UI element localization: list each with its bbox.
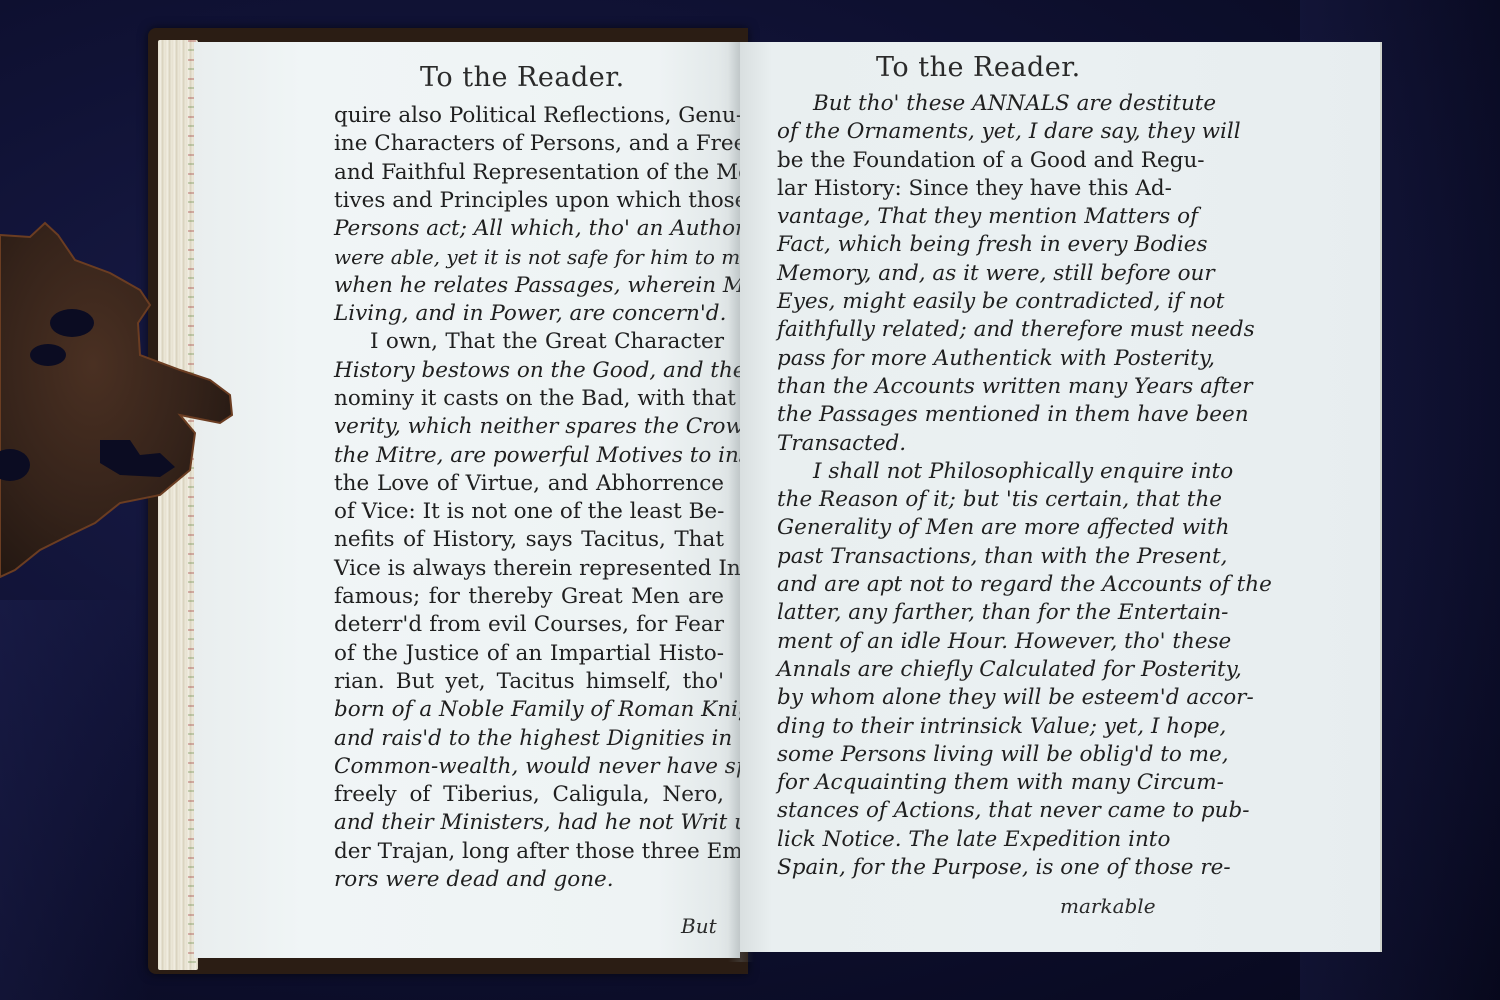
text-line: stances of Actions, that never came to p… [777, 797, 1152, 825]
text-line: nefits of History, says Tacitus, That [334, 526, 724, 554]
catchword: markable [1060, 894, 1156, 918]
text-line: Spain, for the Purpose, is one of those … [777, 854, 1152, 882]
page-heading: To the Reader. [420, 62, 625, 93]
catchword: But [681, 914, 717, 938]
left-page-text: quire also Political Reflections, Genu- … [334, 102, 724, 894]
text-line: nominy it casts on the Bad, with that Se… [334, 385, 724, 413]
open-book: To the Reader. quire also Political Refl… [148, 28, 1406, 974]
text-line: Memory, and, as it were, still before ou… [777, 260, 1152, 288]
text-line: Vice is always therein represented In- [334, 555, 724, 583]
copper-clasp [0, 205, 240, 585]
text-line: pass for more Authentick with Posterity, [777, 345, 1152, 373]
right-page-text: But tho' these ANNALS are destitute of t… [777, 90, 1152, 882]
page-heading: To the Reader. [876, 52, 1081, 83]
text-line: and are apt not to regard the Accounts o… [777, 571, 1152, 599]
text-line: faithfully related; and therefore must n… [777, 316, 1152, 344]
text-line: Living, and in Power, are concern'd. [334, 300, 724, 328]
text-line: some Persons living will be oblig'd to m… [777, 741, 1152, 769]
text-line: quire also Political Reflections, Genu- [334, 102, 724, 130]
text-line: the Mitre, are powerful Motives to inspi… [334, 442, 724, 470]
text-line: born of a Noble Family of Roman Knights, [334, 696, 724, 724]
text-line: the Love of Virtue, and Abhorrence [334, 470, 724, 498]
left-page: To the Reader. quire also Political Refl… [194, 42, 740, 958]
text-line: Common-wealth, would never have spoke so [334, 753, 724, 781]
text-line: by whom alone they will be esteem'd acco… [777, 684, 1152, 712]
text-line: were able, yet it is not safe for him to… [334, 243, 724, 271]
text-line: Transacted. [777, 430, 1152, 458]
text-line: be the Foundation of a Good and Regu- [777, 147, 1152, 175]
text-line: tives and Principles upon which those [334, 187, 724, 215]
text-line: than the Accounts written many Years aft… [777, 373, 1152, 401]
paragraph-start: But tho' these ANNALS are destitute [777, 90, 1152, 118]
text-line: History bestows on the Good, and the Ig- [334, 357, 724, 385]
text-line: Eyes, might easily be contradicted, if n… [777, 288, 1152, 316]
text-line: freely of Tiberius, Caligula, Nero, [334, 781, 724, 809]
text-line: Fact, which being fresh in every Bodies [777, 231, 1152, 259]
text-line: Generality of Men are more affected with [777, 514, 1152, 542]
text-line: Annals are chiefly Calculated for Poster… [777, 656, 1152, 684]
text-line: deterr'd from evil Courses, for Fear [334, 611, 724, 639]
text-line: ding to their intrinsick Value; yet, I h… [777, 713, 1152, 741]
text-line: vantage, That they mention Matters of [777, 203, 1152, 231]
paragraph-start: I own, That the Great Character [334, 328, 724, 356]
text-line: of the Ornaments, yet, I dare say, they … [777, 118, 1152, 146]
velvet-fold [0, 600, 150, 1000]
text-line: of Vice: It is not one of the least Be- [334, 498, 724, 526]
paragraph-start: I shall not Philosophically enquire into [777, 458, 1152, 486]
text-line: the Passages mentioned in them have been [777, 401, 1152, 429]
text-line: der Trajan, long after those three Empe- [334, 838, 724, 866]
text-line: for Acquainting them with many Circum- [777, 769, 1152, 797]
text-line: latter, any farther, than for the Entert… [777, 599, 1152, 627]
text-line: and rais'd to the highest Dignities in t… [334, 725, 724, 753]
text-line: rors were dead and gone. [334, 866, 724, 894]
text-line: lick Notice. The late Expedition into [777, 826, 1152, 854]
text-line: ment of an idle Hour. However, tho' thes… [777, 628, 1152, 656]
text-line: rian. But yet, Tacitus himself, tho' [334, 668, 724, 696]
text-line: ine Characters of Persons, and a Free [334, 130, 724, 158]
text-line: when he relates Passages, wherein Men [334, 272, 724, 300]
right-page: To the Reader. But tho' these ANNALS are… [740, 42, 1382, 952]
text-line: the Reason of it; but 'tis certain, that… [777, 486, 1152, 514]
text-line: Persons act; All which, tho' an Author [334, 215, 724, 243]
text-line: verity, which neither spares the Crown n… [334, 413, 724, 441]
text-line: of the Justice of an Impartial Histo- [334, 640, 724, 668]
text-line: and Faithful Representation of the Mo- [334, 159, 724, 187]
text-line: and their Ministers, had he not Writ un- [334, 809, 724, 837]
text-line: lar History: Since they have this Ad- [777, 175, 1152, 203]
text-line: famous; for thereby Great Men are [334, 583, 724, 611]
text-line: past Transactions, than with the Present… [777, 543, 1152, 571]
